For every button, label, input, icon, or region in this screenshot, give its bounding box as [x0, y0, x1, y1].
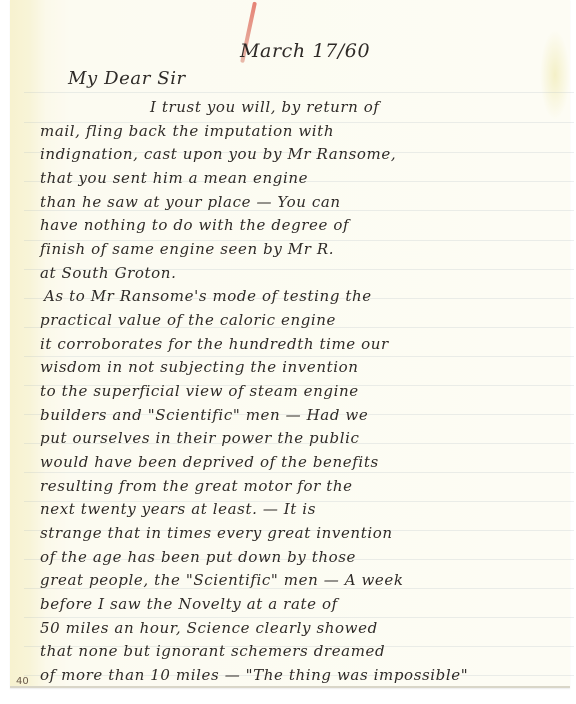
letter-line: put ourselves in their power the public — [40, 429, 360, 447]
salutation: My Dear Sir — [68, 68, 186, 89]
ruled-line — [24, 472, 574, 473]
letter-line: at South Groton. — [40, 264, 176, 282]
letter-line: mail, fling back the imputation with — [40, 122, 334, 140]
letter-line: finish of same engine seen by Mr R. — [40, 240, 334, 258]
letter-line: than he saw at your place — You can — [40, 193, 341, 211]
letter-line: that you sent him a mean engine — [40, 169, 308, 187]
letter-line: that none but ignorant schemers dreamed — [40, 642, 385, 660]
letter-line: As to Mr Ransome's mode of testing the — [44, 287, 372, 305]
letter-line: of more than 10 miles — "The thing was i… — [40, 666, 468, 684]
letter-line: of the age has been put down by those — [40, 548, 356, 566]
letter-line: before I saw the Novelty at a rate of — [40, 595, 338, 613]
letter-line: strange that in times every great invent… — [40, 524, 393, 542]
paper-stain — [540, 30, 570, 120]
letter-line: next twenty years at least. — It is — [40, 500, 316, 518]
letter-line: it corroborates for the hundredth time o… — [40, 335, 389, 353]
letter-line: builders and "Scientific" men — Had we — [40, 406, 368, 424]
ruled-line — [24, 356, 574, 357]
letter-line: 50 miles an hour, Science clearly showed — [40, 619, 378, 637]
page-number: 40 — [16, 676, 29, 687]
letter-date: March 17/60 — [240, 40, 370, 62]
letter-line: indignation, cast upon you by Mr Ransome… — [40, 145, 396, 163]
letter-line: to the superficial view of steam engine — [40, 382, 359, 400]
letter-line: resulting from the great motor for the — [40, 477, 353, 495]
letter-line: have nothing to do with the degree of — [40, 216, 349, 234]
ruled-line — [24, 92, 574, 93]
letter-line: great people, the "Scientific" men — A w… — [40, 571, 404, 589]
letter-line: I trust you will, by return of — [150, 98, 380, 116]
letter-line: wisdom in not subjecting the invention — [40, 358, 359, 376]
letter-line: would have been deprived of the benefits — [40, 453, 379, 471]
letter-line: practical value of the caloric engine — [40, 311, 336, 329]
